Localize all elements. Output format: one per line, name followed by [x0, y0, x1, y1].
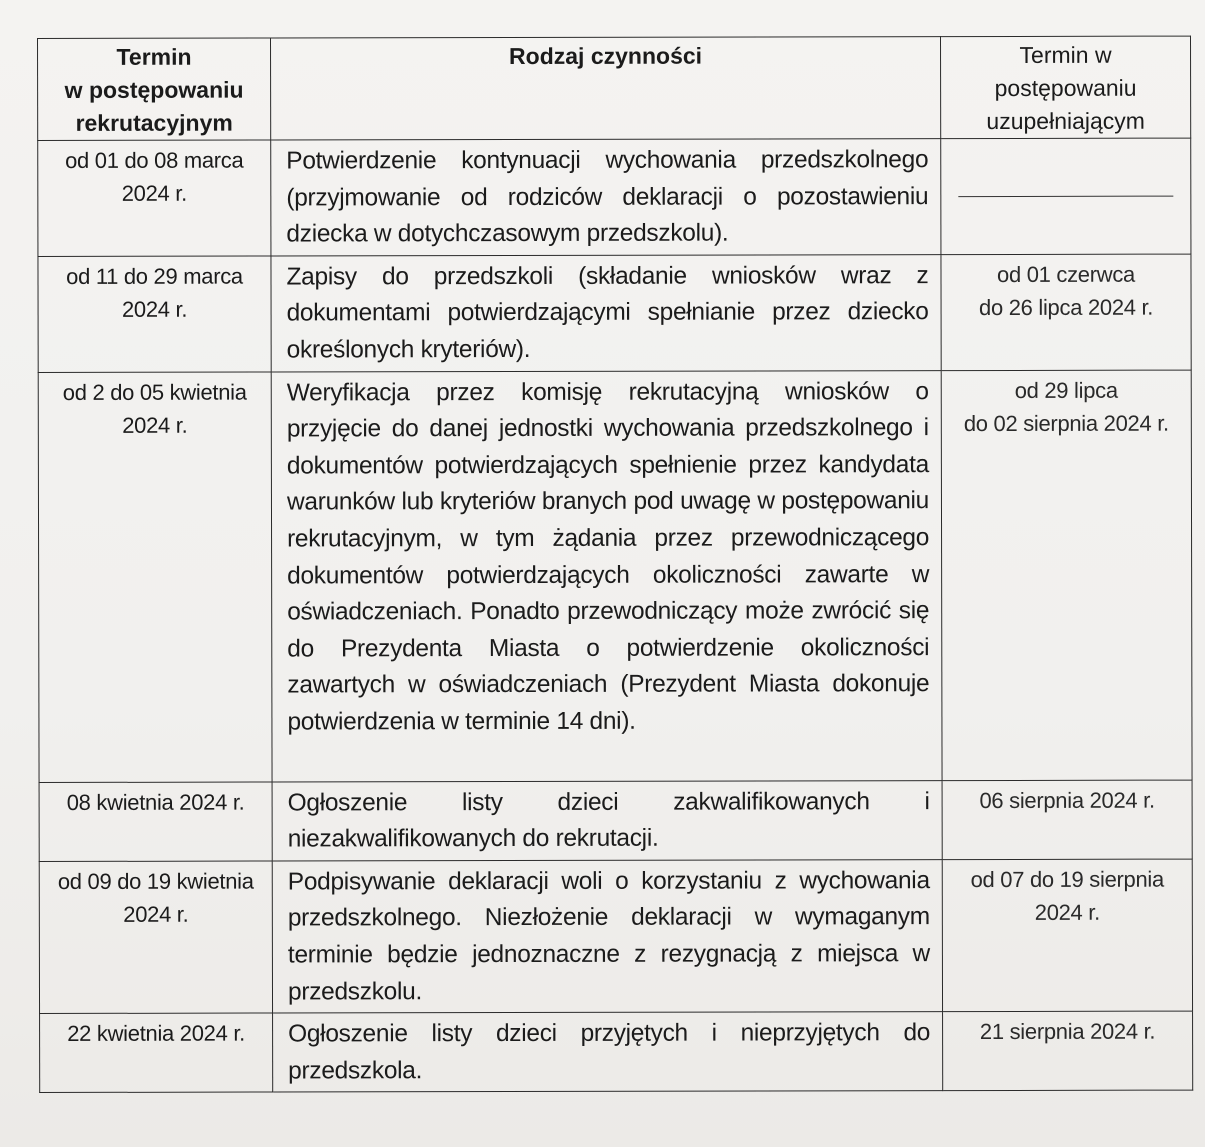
activity-cell: Ogłoszenie listy dzieci przyjętych i nie…	[273, 1012, 943, 1093]
supplementary-term: 06 sierpnia 2024 r.	[943, 780, 1192, 817]
header-recruitment-term-label: Termin w postępowaniu rekrutacyjnym	[65, 44, 244, 136]
supplementary-term: 21 sierpnia 2024 r.	[943, 1012, 1192, 1049]
activity-text: Ogłoszenie listy dzieci zakwalifikowanyc…	[273, 781, 942, 861]
supplementary-term: od 07 do 19 sierpnia 2024 r.	[943, 859, 1192, 929]
recruitment-schedule-table: Termin w postępowaniu rekrutacyjnym Rodz…	[37, 36, 1193, 1094]
recruitment-term-cell: 22 kwietnia 2024 r.	[40, 1013, 273, 1093]
supplementary-term-cell	[941, 138, 1191, 254]
cut-off-heading-fragment	[40, 0, 47, 12]
header-supplementary-term: Termin w postępowaniu uzupełniającym	[940, 36, 1190, 139]
table-row: od 01 do 08 marca 2024 r. Potwierdzenie …	[38, 138, 1191, 256]
table-row: 08 kwietnia 2024 r. Ogłoszenie listy dzi…	[39, 780, 1192, 862]
supplementary-term-cell: od 29 lipca do 02 sierpnia 2024 r.	[941, 370, 1192, 781]
activity-text: Ogłoszenie listy dzieci przyjętych i nie…	[273, 1012, 942, 1092]
activity-cell: Podpisywanie deklaracji woli o korzystan…	[272, 859, 942, 1013]
recruitment-term-cell: od 01 do 08 marca 2024 r.	[38, 140, 271, 256]
activity-cell: Weryfikacja przez komisję rekrutacyjną w…	[271, 370, 942, 781]
table-row: od 2 do 05 kwietnia 2024 r. Weryfikacja …	[38, 370, 1192, 782]
supplementary-term-cell: od 07 do 19 sierpnia 2024 r.	[942, 859, 1192, 1012]
recruitment-term-cell: od 09 do 19 kwietnia 2024 r.	[39, 861, 272, 1014]
supplementary-term: od 01 czerwca do 26 lipca 2024 r.	[941, 254, 1190, 324]
recruitment-term: 08 kwietnia 2024 r.	[40, 782, 272, 818]
supplementary-term-cell: 21 sierpnia 2024 r.	[943, 1011, 1193, 1091]
supplementary-term-cell: od 01 czerwca do 26 lipca 2024 r.	[941, 254, 1191, 370]
activity-text: Potwierdzenie kontynuacji wychowania prz…	[271, 139, 940, 255]
supplementary-term-cell: 06 sierpnia 2024 r.	[942, 780, 1192, 860]
header-supplementary-term-label: Termin w postępowaniu uzupełniającym	[986, 42, 1145, 134]
activity-text: Podpisywanie deklaracji woli o korzystan…	[273, 860, 942, 1013]
activity-cell: Ogłoszenie listy dzieci zakwalifikowanyc…	[272, 780, 942, 861]
recruitment-term: od 01 do 08 marca 2024 r.	[38, 141, 270, 210]
table-row: od 11 do 29 marca 2024 r. Zapisy do prze…	[38, 254, 1191, 372]
activity-cell: Zapisy do przedszkoli (składanie wnioskó…	[271, 254, 941, 371]
recruitment-term-cell: 08 kwietnia 2024 r.	[39, 782, 272, 862]
recruitment-term: od 11 do 29 marca 2024 r.	[38, 256, 270, 325]
recruitment-term-cell: od 11 do 29 marca 2024 r.	[38, 256, 271, 372]
table-header-row: Termin w postępowaniu rekrutacyjnym Rodz…	[38, 36, 1191, 140]
header-activity-type-label: Rodzaj czynności	[509, 43, 702, 69]
recruitment-term: od 09 do 19 kwietnia 2024 r.	[40, 861, 272, 930]
table-row: 22 kwietnia 2024 r. Ogłoszenie listy dzi…	[40, 1011, 1193, 1093]
empty-term-dash-line	[958, 196, 1173, 197]
recruitment-term: 22 kwietnia 2024 r.	[40, 1014, 272, 1050]
activity-text: Weryfikacja przez komisję rekrutacyjną w…	[272, 371, 942, 743]
recruitment-term: od 2 do 05 kwietnia 2024 r.	[39, 372, 271, 441]
supplementary-term: od 29 lipca do 02 sierpnia 2024 r.	[942, 370, 1191, 440]
header-recruitment-term: Termin w postępowaniu rekrutacyjnym	[38, 38, 271, 140]
activity-text: Zapisy do przedszkoli (składanie wnioskó…	[271, 255, 940, 371]
table-row: od 09 do 19 kwietnia 2024 r. Podpisywani…	[39, 859, 1192, 1014]
activity-cell: Potwierdzenie kontynuacji wychowania prz…	[271, 139, 941, 256]
recruitment-term-cell: od 2 do 05 kwietnia 2024 r.	[38, 372, 272, 782]
header-activity-type: Rodzaj czynności	[271, 37, 941, 140]
